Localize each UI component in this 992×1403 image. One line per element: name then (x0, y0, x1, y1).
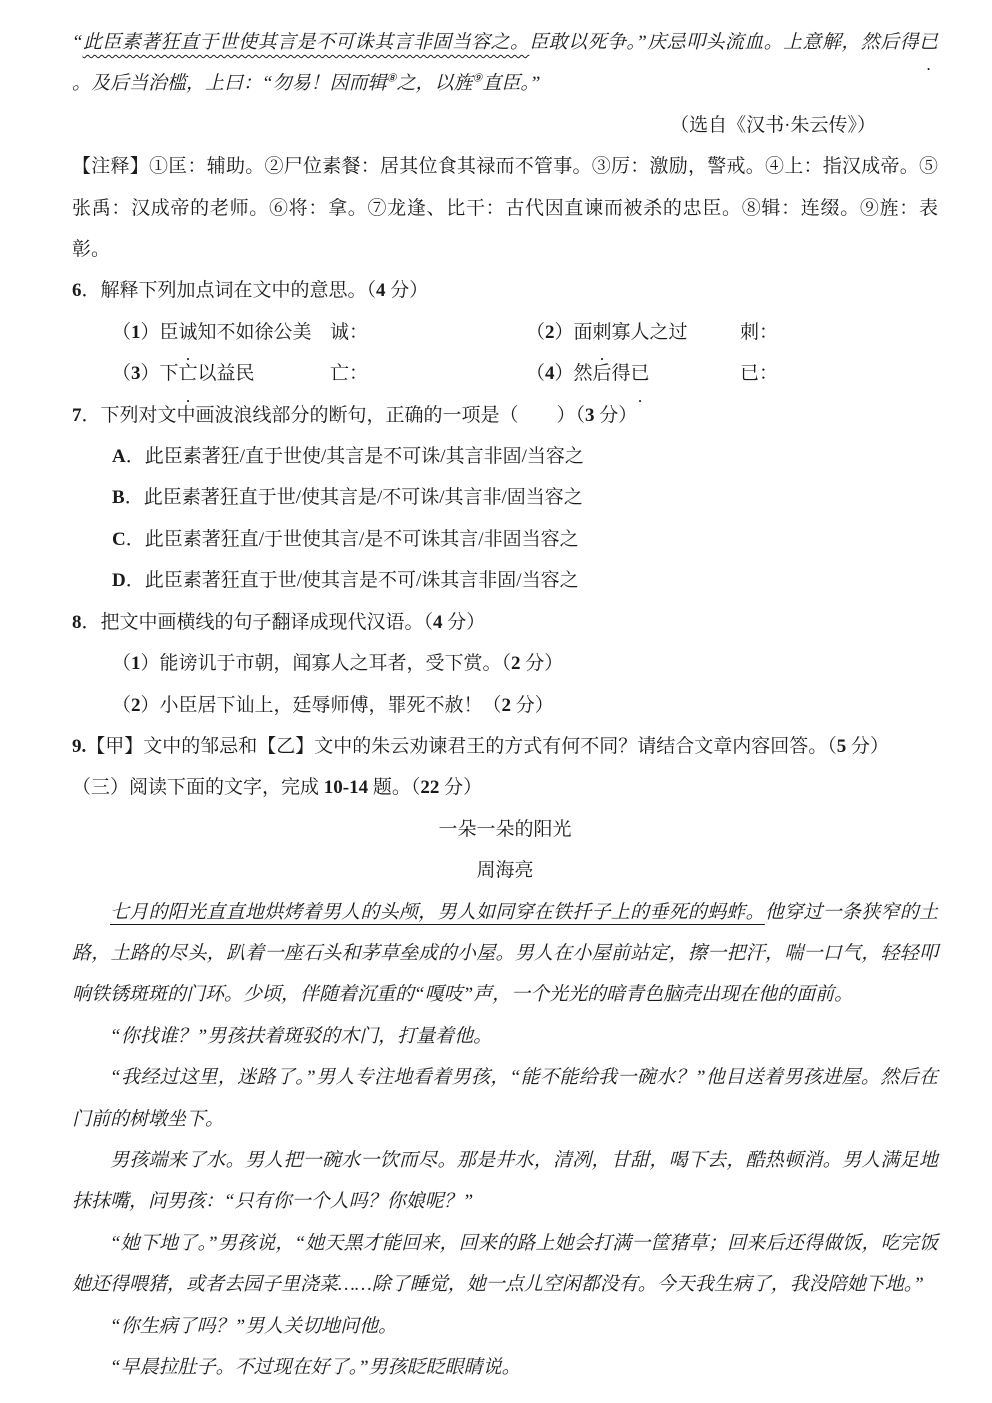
q7-option-b: B．此臣素著狂直于世/使其言是/不可诛/其言非/固当容之 (72, 477, 938, 518)
passage-source: （选自《汉书·朱云传》） (72, 105, 938, 146)
question-9-stem: 9.【甲】文中的邹忌和【乙】文中的朱云劝谏君王的方式有何不同？请结合文章内容回答… (72, 726, 938, 767)
q6-item-3-phrase: （3）下亡以益民 (72, 353, 330, 394)
story-paragraph-2: “你找谁？”男孩扶着斑驳的木门，打量着他。 (72, 1016, 938, 1057)
q6-item-2-answer-label: 刺： (740, 312, 938, 353)
q6-item-2-phrase: （2）面刺寡人之过 (526, 312, 740, 353)
story-paragraph-5: “她下地了。”男孩说，“她天黑才能回来，回来的路上她会打满一筐猪草；回来后还得做… (72, 1223, 938, 1306)
question-8-stem: 8．把文中画横线的句子翻译成现代汉语。（4 分） (72, 602, 938, 643)
story-paragraph-1: 七月的阳光直直地烘烤着男人的头颅，男人如同穿在铁扦子上的垂死的蚂蚱。他穿过一条狭… (72, 892, 938, 1016)
classical-passage: “此臣素著狂直于世使其言是不可诛其言非固当容之。臣敢以死争。”庆忌叩头流血。上意… (72, 22, 938, 105)
story-paragraph-6: “你生病了吗？”男人关切地问他。 (72, 1306, 938, 1347)
q6-item-4-answer-label: 已： (740, 353, 938, 394)
q8-item-2: （2）小臣居下讪上，廷辱师傅，罪死不赦！（2 分） (72, 685, 938, 726)
q8-item-1: （1）能谤讥于市朝，闻寡人之耳者，受下赏。（2 分） (72, 643, 938, 684)
q6-item-4-phrase: （4）然后得已 (526, 353, 740, 394)
story-paragraph-3: “我经过这里，迷路了。”男人专注地看着男孩，“能不能给我一碗水？”他目送着男孩进… (72, 1057, 938, 1140)
question-6-items: （1）臣诚知不如徐公美 诚： （2）面刺寡人之过 刺： （3）下亡以益民 亡： … (72, 312, 938, 395)
story-author: 周海亮 (72, 850, 938, 891)
exam-page: “此臣素著狂直于世使其言是不可诛其言非固当容之。臣敢以死争。”庆忌叩头流血。上意… (0, 0, 992, 1388)
footnotes: 【注释】①匡：辅助。②尸位素餐：居其位食其禄而不管事。③厉：激励，警戒。④上：指… (72, 146, 938, 270)
q6-item-3-answer-label: 亡： (330, 353, 526, 394)
q7-option-d: D．此臣素著狂直于世/使其言是不可/诛其言非固/当容之 (72, 560, 938, 601)
question-7-stem: 7．下列对文中画波浪线部分的断句，正确的一项是（ ）（3 分） (72, 395, 938, 436)
q7-option-c: C．此臣素著狂直/于世使其言/是不可诛其言/非固当容之 (72, 519, 938, 560)
q6-item-1-phrase: （1）臣诚知不如徐公美 (72, 312, 330, 353)
section-3-header: （三）阅读下面的文字，完成 10-14 题。（22 分） (72, 767, 938, 808)
question-6-stem: 6．解释下列加点词在文中的意思。（4 分） (72, 270, 938, 311)
story-paragraph-7: “早晨拉肚子。不过现在好了。”男孩眨眨眼睛说。 (72, 1347, 938, 1388)
story-paragraph-4: 男孩端来了水。男人把一碗水一饮而尽。那是井水，清冽，甘甜，喝下去，酷热顿消。男人… (72, 1140, 938, 1223)
story-title: 一朵一朵的阳光 (72, 809, 938, 850)
q6-item-1-answer-label: 诚： (330, 312, 526, 353)
q7-option-a: A．此臣素著狂/直于世使/其言是不可诛/其言非固/当容之 (72, 436, 938, 477)
